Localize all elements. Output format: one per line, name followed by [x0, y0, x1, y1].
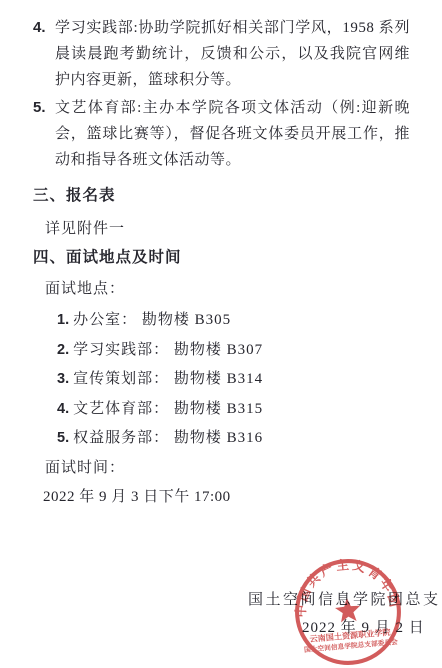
section-heading-interview: 四、面试地点及时间	[33, 245, 412, 271]
seal-arc-text: 中国共产主义青年团	[288, 553, 403, 619]
location-item: 1. 办公室： 勘物楼 B305	[33, 306, 412, 336]
official-seal: 中国共产主义青年团 云南国土资源职业学院 国土空间信息学院总支部委员会	[287, 551, 408, 668]
list-item: 4. 学习实践部:协助学院抓好相关部门学风，1958 系列晨读晨跑考勤统计，反馈…	[33, 15, 412, 93]
list-item-number: 4.	[33, 15, 55, 41]
interview-time-label: 面试时间：	[33, 454, 412, 484]
interview-location-label: 面试地点：	[33, 275, 412, 304]
signature-date: 2022 年 9 月 2 日	[302, 616, 425, 637]
seal-org-line2: 国土空间信息学院总支部委员会	[304, 637, 399, 654]
section-heading-registration: 三、报名表	[33, 183, 412, 209]
location-item: 5. 权益服务部： 勘物楼 B316	[33, 424, 412, 454]
location-item-text: 宣传策划部： 勘物楼 B314	[73, 365, 263, 395]
list-item: 5. 文艺体育部:主办本学院各项文体活动（例:迎新晚会，篮球比赛等），督促各班文…	[33, 95, 412, 173]
location-item-text: 学习实践部： 勘物楼 B307	[73, 336, 263, 366]
location-item-number: 4.	[57, 395, 69, 425]
seal-ring	[293, 557, 403, 667]
document-page: 4. 学习实践部:协助学院抓好相关部门学风，1958 系列晨读晨跑考勤统计，反馈…	[0, 0, 442, 668]
location-item-number: 5.	[57, 424, 69, 454]
location-list: 1. 办公室： 勘物楼 B305 2. 学习实践部： 勘物楼 B307 3. 宣…	[33, 306, 412, 454]
location-item: 2. 学习实践部： 勘物楼 B307	[33, 336, 412, 366]
location-item-text: 文艺体育部： 勘物楼 B315	[73, 395, 263, 425]
document-body: 4. 学习实践部:协助学院抓好相关部门学风，1958 系列晨读晨跑考勤统计，反馈…	[0, 0, 442, 513]
location-item-number: 3.	[57, 365, 69, 395]
attachment-note: 详见附件一	[33, 216, 412, 242]
list-item-text: 学习实践部:协助学院抓好相关部门学风，1958 系列晨读晨跑考勤统计，反馈和公示…	[55, 15, 410, 93]
signature-org: 国土空间信息学院团总支	[248, 588, 441, 609]
location-item-number: 2.	[57, 336, 69, 366]
location-item-number: 1.	[57, 306, 69, 336]
list-item-number: 5.	[33, 95, 55, 121]
svg-text:中国共产主义青年团: 中国共产主义青年团	[288, 553, 403, 619]
location-item: 4. 文艺体育部： 勘物楼 B315	[33, 395, 412, 425]
location-item-text: 权益服务部： 勘物楼 B316	[73, 424, 263, 454]
location-item: 3. 宣传策划部： 勘物楼 B314	[33, 365, 412, 395]
location-item-text: 办公室： 勘物楼 B305	[73, 306, 231, 336]
list-item-text: 文艺体育部:主办本学院各项文体活动（例:迎新晚会，篮球比赛等），督促各班文体委员…	[55, 95, 410, 173]
interview-time-value: 2022 年 9 月 3 日下午 17:00	[33, 483, 412, 513]
